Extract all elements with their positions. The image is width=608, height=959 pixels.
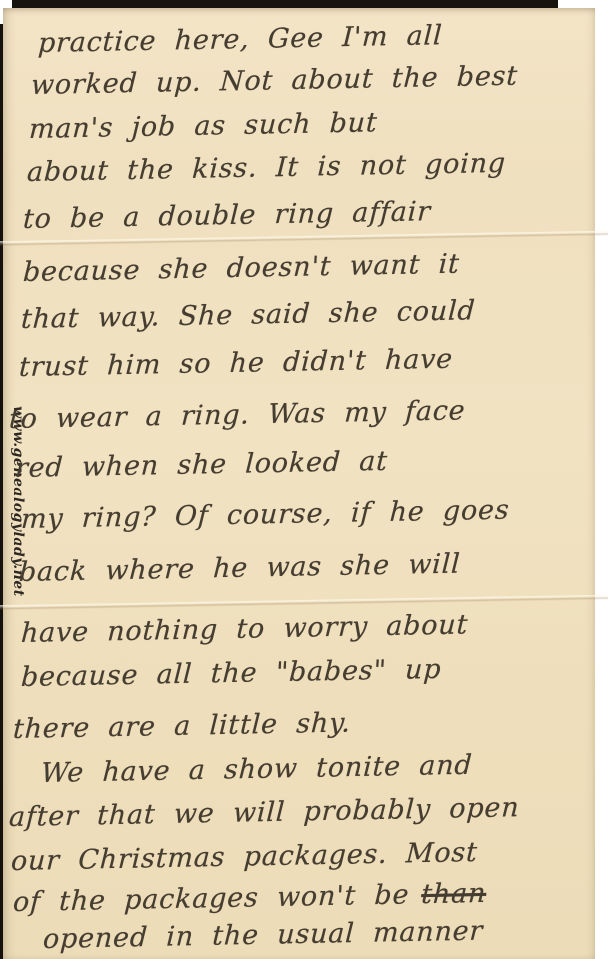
handwritten-line: of the packages won't bethan [12, 878, 487, 918]
struck-word: than [421, 878, 487, 910]
handwritten-line: about the kiss. It is not going [26, 148, 507, 188]
handwritten-line: red when she looked at [14, 446, 388, 484]
handwritten-line: practice here, Gee I'm all [37, 20, 443, 59]
handwritten-line: have nothing to worry about [20, 609, 469, 649]
handwritten-line: to wear a ring. Was my face [8, 395, 466, 435]
handwritten-line: because all the "babes" up [20, 654, 442, 693]
handwritten-line: my ring? Of course, if he goes [20, 495, 510, 535]
handwritten-line: man's job as such but [28, 107, 378, 145]
handwritten-line: because she doesn't want it [22, 249, 460, 288]
fold-crease-bottom [0, 595, 608, 611]
scanner-edge-top [12, 0, 558, 8]
handwritten-line: opened in the usual manner [42, 916, 484, 955]
handwritten-line: back where he was she will [18, 549, 461, 589]
handwritten-line: worked up. Not about the best [30, 61, 519, 101]
line-text: of the packages won't be [12, 879, 410, 918]
scanned-letter: www.genealogylady.net practice here, Gee… [0, 0, 608, 959]
handwritten-line: there are a little shy. [12, 707, 352, 745]
handwritten-line: that way. She said she could [20, 295, 476, 335]
handwritten-line: after that we will probably open [8, 792, 520, 833]
handwritten-line: our Christmas packages. Most [10, 837, 478, 877]
handwritten-line: to be a double ring affair [22, 196, 431, 235]
letter-page: www.genealogylady.net practice here, Gee… [3, 8, 595, 959]
handwritten-line: We have a show tonite and [40, 750, 473, 789]
handwritten-line: trust him so he didn't have [18, 344, 454, 383]
